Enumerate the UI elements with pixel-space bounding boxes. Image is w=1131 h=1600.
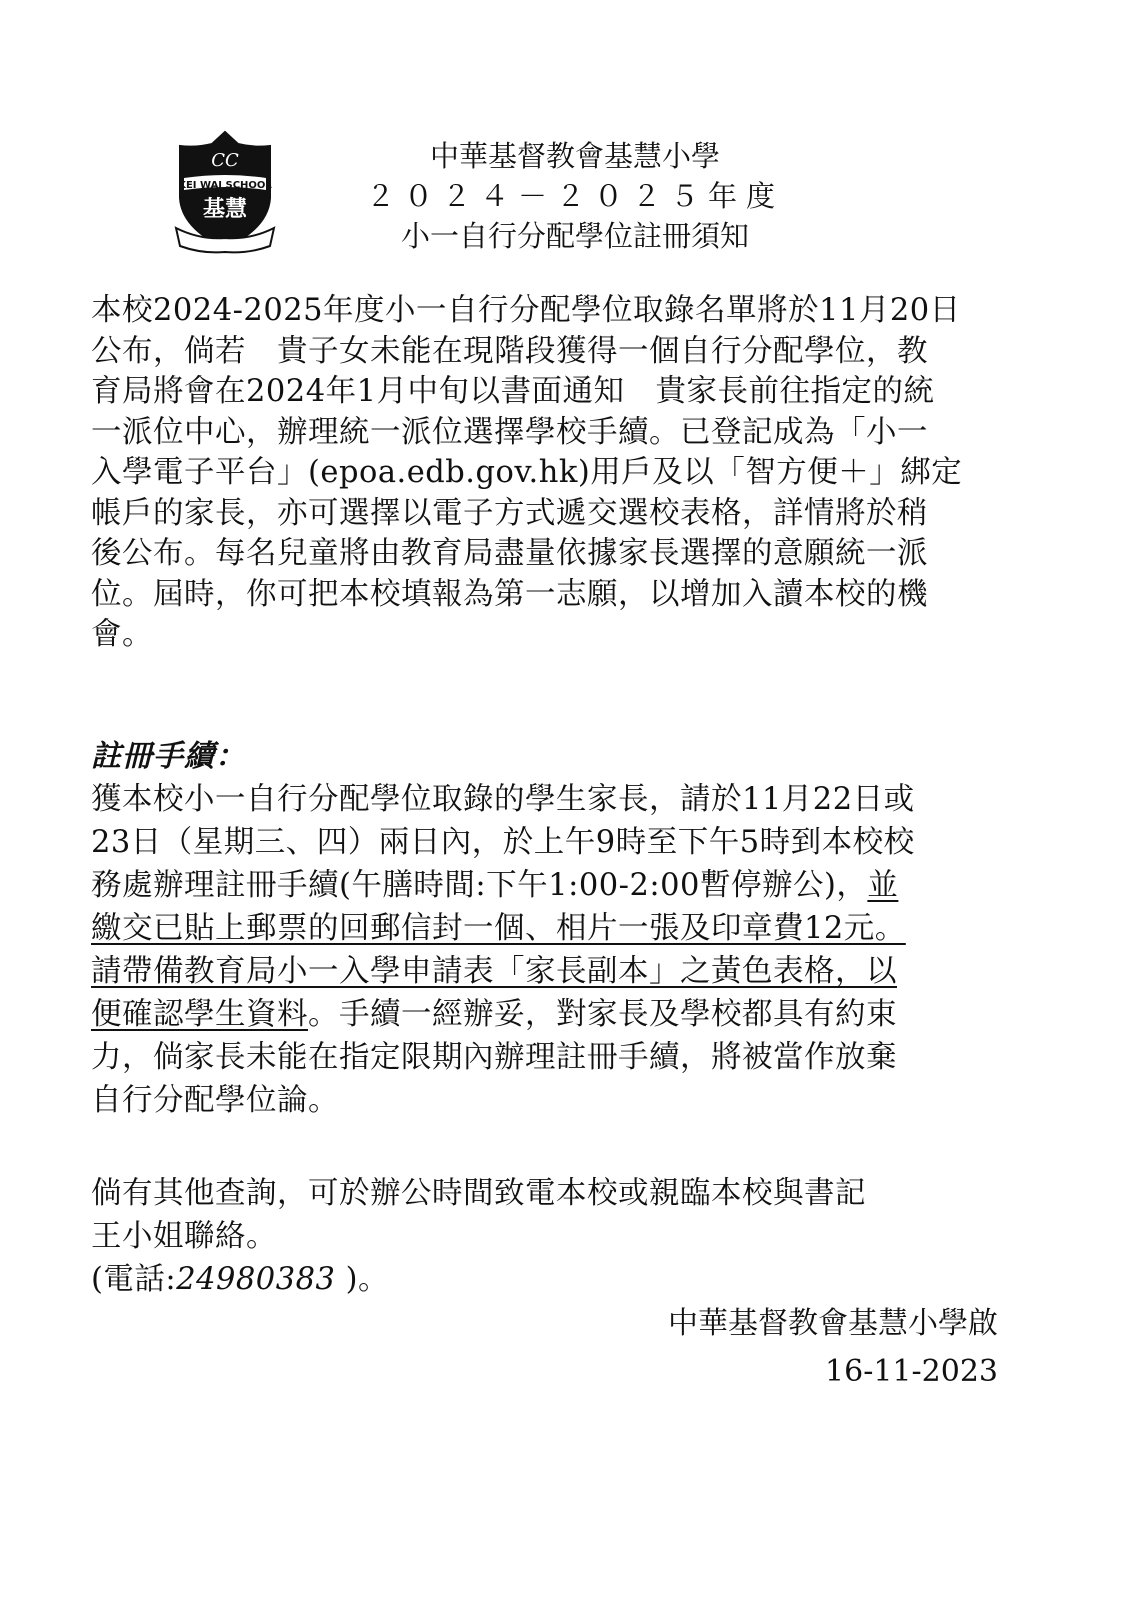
- school-name: 中華基督教會基慧小學: [360, 136, 790, 176]
- registration-line: 23日（星期三、四）兩日內，於上午9時至下午5時到本校校: [91, 821, 1031, 864]
- underlined-text: 便確認學生資料: [91, 997, 308, 1032]
- registration-text: 。: [308, 997, 339, 1032]
- intro-line: 位。屆時，你可把本校填報為第一志願，以增加入讀本校的機: [91, 575, 1031, 616]
- intro-line: 一派位中心，辦理統一派位選擇學校手續。已登記成為「小一: [91, 413, 1031, 454]
- contact-line: 王小姐聯絡。: [91, 1215, 1031, 1258]
- registration-line: 自行分配學位論。: [91, 1079, 1031, 1122]
- intro-line: 本校2024-2025年度小一自行分配學位取錄名單將於11月20日: [91, 291, 1031, 332]
- registration-line: 請帶備教育局小一入學申請表「家長副本」之黃色表格，以: [91, 950, 1031, 993]
- underlined-text: 並: [867, 868, 898, 903]
- phone-number: 24980383: [176, 1262, 335, 1297]
- issuer-name: 中華基督教會基慧小學啟: [668, 1300, 998, 1348]
- document-header: 中華基督教會基慧小學 ２０２４－２０２５年度 小一自行分配學位註冊須知: [360, 136, 790, 256]
- registration-line: 便確認學生資料。手續一經辦妥，對家長及學校都具有約束: [91, 993, 1031, 1036]
- notice-title: 小一自行分配學位註冊須知: [360, 216, 790, 256]
- registration-text: 23日（星期三、四）兩日內，於上午9時至下午5時到本校校: [91, 825, 915, 860]
- intro-line: 入學電子平台」(epoa.edb.gov.hk)用戶及以「智方便＋」綁定: [91, 453, 1031, 494]
- svg-text:CC: CC: [211, 150, 239, 171]
- contact-line: 倘有其他查詢，可於辦公時間致電本校或親臨本校與書記: [91, 1172, 1031, 1215]
- svg-text:KEI WAI SCHOOL: KEI WAI SCHOOL: [178, 180, 272, 191]
- registration-line: 力，倘家長未能在指定限期內辦理註冊手續，將被當作放棄: [91, 1036, 1031, 1079]
- intro-line: 帳戶的家長，亦可選擇以電子方式遞交選校表格，詳情將於稍: [91, 494, 1031, 535]
- school-year: ２０２４－２０２５年度: [360, 176, 790, 216]
- svg-text:基慧: 基慧: [203, 196, 247, 222]
- intro-line: 後公布。每名兒童將由教育局盡量依據家長選擇的意願統一派: [91, 534, 1031, 575]
- underlined-text: 請帶備教育局小一入學申請表「家長副本」之黃色表格，以: [91, 954, 897, 989]
- registration-text: 務處辦理註冊手續(午膳時間:下午1:00-2:00暫停辦公)，: [91, 868, 867, 903]
- registration-text: 手續一經辦妥，對家長及學校都具有約束: [339, 997, 897, 1032]
- underlined-text: 繳交已貼上郵票的回郵信封一個、相片一張及印章費12元。: [91, 911, 906, 946]
- intro-line: 育局將會在2024年1月中旬以書面通知 貴家長前往指定的統: [91, 372, 1031, 413]
- phone-suffix: )。: [335, 1262, 389, 1297]
- signature-block: 中華基督教會基慧小學啟 16-11-2023: [668, 1300, 998, 1396]
- contact-paragraph: 倘有其他查詢，可於辦公時間致電本校或親臨本校與書記 王小姐聯絡。 (電話:249…: [91, 1172, 1031, 1301]
- registration-text: 自行分配學位論。: [91, 1083, 339, 1118]
- registration-line: 獲本校小一自行分配學位取錄的學生家長，請於11月22日或: [91, 778, 1031, 821]
- intro-line: 公布，倘若 貴子女未能在現階段獲得一個自行分配學位，教: [91, 332, 1031, 373]
- issue-date: 16-11-2023: [668, 1348, 998, 1396]
- registration-text: 力，倘家長未能在指定限期內辦理註冊手續，將被當作放棄: [91, 1040, 897, 1075]
- school-crest-logo: CC KEI WAI SCHOOL 基慧: [170, 128, 280, 258]
- registration-line: 務處辦理註冊手續(午膳時間:下午1:00-2:00暫停辦公)，並: [91, 864, 1031, 907]
- registration-text: 獲本校小一自行分配學位取錄的學生家長，請於11月22日或: [91, 782, 915, 817]
- intro-paragraph: 本校2024-2025年度小一自行分配學位取錄名單將於11月20日 公布，倘若 …: [91, 291, 1031, 656]
- phone-line: (電話:24980383 )。: [91, 1258, 1031, 1301]
- school-crest-icon: CC KEI WAI SCHOOL 基慧: [170, 128, 280, 258]
- registration-paragraph: 獲本校小一自行分配學位取錄的學生家長，請於11月22日或 23日（星期三、四）兩…: [91, 778, 1031, 1122]
- registration-heading: 註冊手續：: [91, 737, 246, 777]
- intro-line: 會。: [91, 615, 1031, 656]
- phone-prefix: (電話:: [91, 1262, 176, 1297]
- registration-line: 繳交已貼上郵票的回郵信封一個、相片一張及印章費12元。: [91, 907, 1031, 950]
